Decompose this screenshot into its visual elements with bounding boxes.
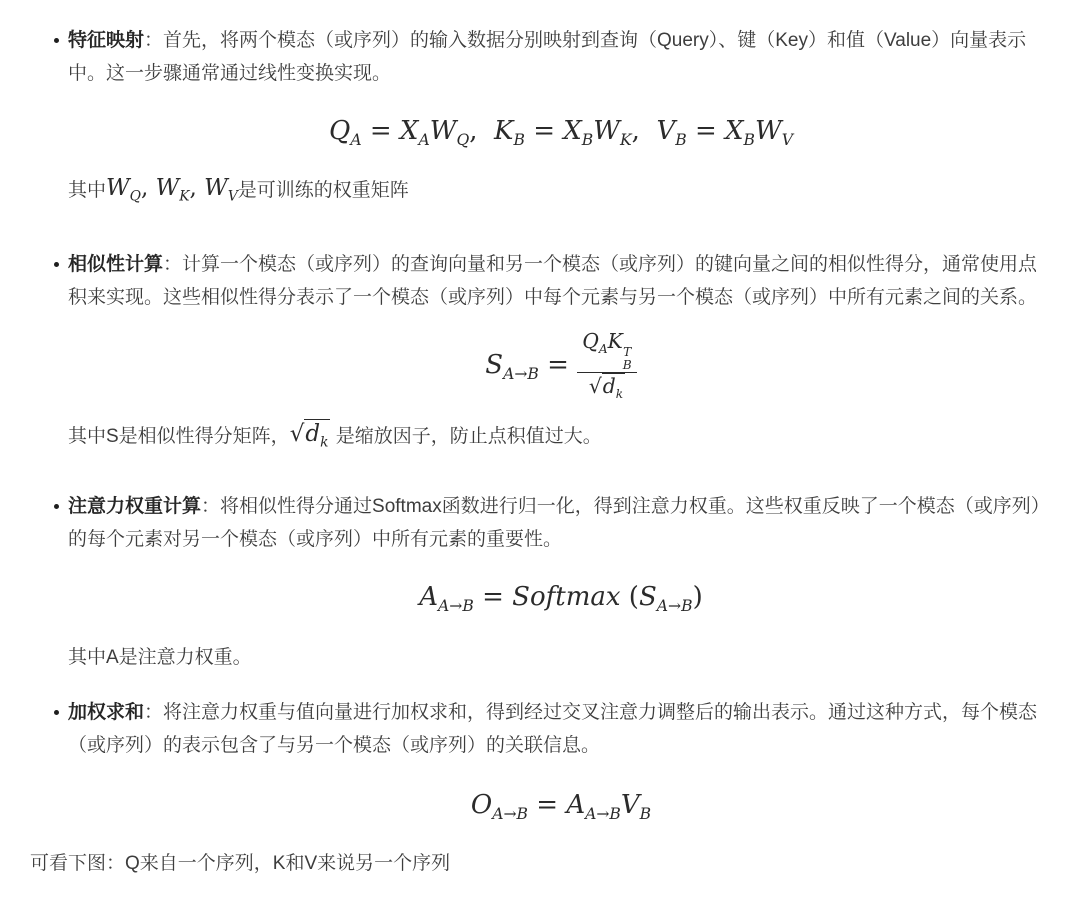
term-attention-weights: 注意力权重计算 <box>68 496 201 517</box>
feature-mapping-text: 特征映射：首先，将两个模态（或序列）的输入数据分别映射到查询（Query）、键（… <box>68 24 1054 90</box>
list-item-feature-mapping: 特征映射：首先，将两个模态（或序列）的输入数据分别映射到查询（Query）、键（… <box>68 24 1054 214</box>
note-scaling-factor: 其中S是相似性得分矩阵，√dk 是缩放因子，防止点积值过大。 <box>68 417 1054 460</box>
term-similarity: 相似性计算 <box>68 254 163 275</box>
article-content: 特征映射：首先，将两个模态（或序列）的输入数据分别映射到查询（Query）、键（… <box>0 0 1080 880</box>
weighted-sum-body: ：将注意力权重与值向量进行加权求和，得到经过交叉注意力调整后的输出表示。通过这种… <box>68 702 1037 756</box>
note-scaling-factor-prefix: 其中S是相似性得分矩阵， <box>68 426 290 447</box>
attention-weights-text: 注意力权重计算：将相似性得分通过Softmax函数进行归一化，得到注意力权重。这… <box>68 490 1054 556</box>
formula-softmax: AA→B = Softmax (SA→B) <box>68 580 1054 617</box>
closing-paragraph: 可看下图：Q来自一个序列，K和V来说另一个序列 <box>30 847 1054 880</box>
formula-qkv-projection: QA = XAWQ, KB = XBWK, VB = XBWV <box>68 114 1054 151</box>
note-scaling-factor-suffix: 是缩放因子，防止点积值过大。 <box>330 426 601 447</box>
note-attention-weights: 其中A是注意力权重。 <box>68 641 1054 674</box>
term-feature-mapping: 特征映射 <box>68 30 144 51</box>
formula-similarity-score: SA→B = QAKTB√dk <box>68 330 1054 401</box>
list-item-similarity: 相似性计算：计算一个模态（或序列）的查询向量和另一个模态（或序列）的键向量之间的… <box>68 248 1054 460</box>
list-item-attention-weights: 注意力权重计算：将相似性得分通过Softmax函数进行归一化，得到注意力权重。这… <box>68 490 1054 674</box>
similarity-text: 相似性计算：计算一个模态（或序列）的查询向量和另一个模态（或序列）的键向量之间的… <box>68 248 1054 314</box>
formula-output: OA→B = AA→BVB <box>68 788 1054 825</box>
feature-mapping-body: ：首先，将两个模态（或序列）的输入数据分别映射到查询（Query）、键（Key）… <box>68 30 1026 84</box>
note-attention-weights-prefix: 其中A是注意力权重。 <box>68 647 252 668</box>
note-weight-matrices: 其中WQ, WK, WV是可训练的权重矩阵 <box>68 171 1054 214</box>
attention-weights-body: ：将相似性得分通过Softmax函数进行归一化，得到注意力权重。这些权重反映了一… <box>68 496 1050 550</box>
inline-formula-weight-matrices: WQ, WK, WV <box>106 174 238 200</box>
note-weight-matrices-suffix: 是可训练的权重矩阵 <box>238 180 409 201</box>
inline-formula-sqrt-dk: √dk <box>290 420 331 446</box>
bullet-list: 特征映射：首先，将两个模态（或序列）的输入数据分别映射到查询（Query）、键（… <box>30 24 1054 825</box>
list-item-weighted-sum: 加权求和：将注意力权重与值向量进行加权求和，得到经过交叉注意力调整后的输出表示。… <box>68 696 1054 825</box>
weighted-sum-text: 加权求和：将注意力权重与值向量进行加权求和，得到经过交叉注意力调整后的输出表示。… <box>68 696 1054 762</box>
term-weighted-sum: 加权求和 <box>68 702 144 723</box>
similarity-body: ：计算一个模态（或序列）的查询向量和另一个模态（或序列）的键向量之间的相似性得分… <box>68 254 1037 308</box>
note-weight-matrices-prefix: 其中 <box>68 180 106 201</box>
